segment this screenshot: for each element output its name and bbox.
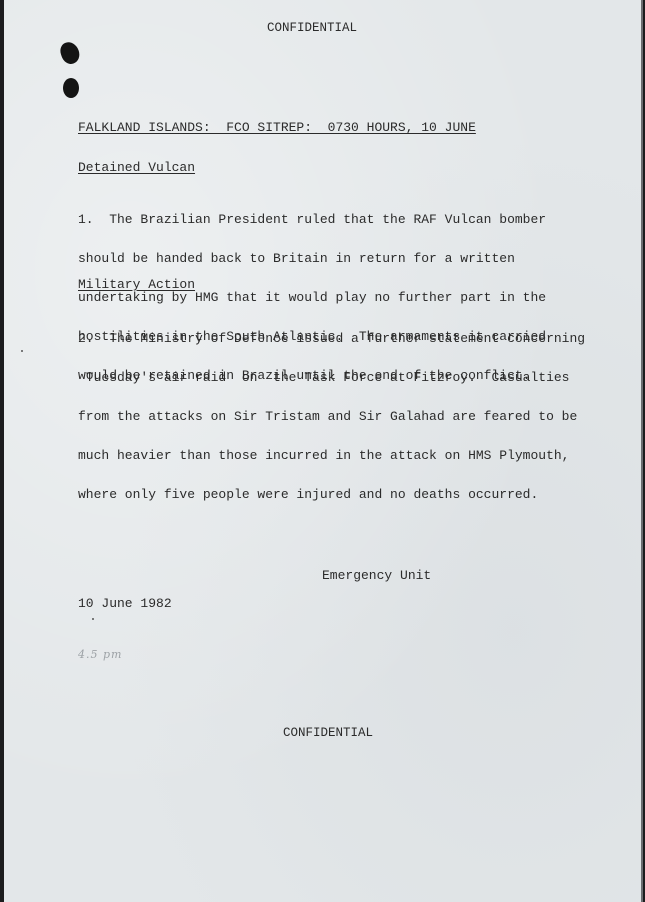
punch-hole-icon [58, 40, 82, 66]
handwritten-note: 4.5 pm [78, 648, 122, 661]
paragraph-line: from the attacks on Sir Tristam and Sir … [78, 410, 585, 423]
section-heading-detained-vulcan: Detained Vulcan [78, 161, 195, 174]
document-page: CONFIDENTIAL FALKLAND ISLANDS: FCO SITRE… [4, 0, 643, 902]
signature-block: Emergency Unit [322, 569, 431, 582]
document-date: 10 June 1982 [78, 597, 172, 610]
classification-top: CONFIDENTIAL [267, 22, 357, 35]
paper-speck [21, 350, 23, 352]
paragraph-line: much heavier than those incurred in the … [78, 449, 585, 462]
paragraph-line: Tuesday's air raid on the Task Force at … [78, 371, 585, 384]
paragraph-2: 2. The Ministry of Defence issued a furt… [78, 306, 585, 527]
paragraph-line: undertaking by HMG that it would play no… [78, 291, 546, 304]
document-title: FALKLAND ISLANDS: FCO SITREP: 0730 HOURS… [78, 121, 476, 134]
paragraph-line: should be handed back to Britain in retu… [78, 252, 546, 265]
paragraph-line: 2. The Ministry of Defence issued a furt… [78, 332, 585, 345]
classification-bottom: CONFIDENTIAL [283, 727, 373, 740]
paragraph-line: 1. The Brazilian President ruled that th… [78, 213, 546, 226]
paragraph-line: where only five people were injured and … [78, 488, 585, 501]
section-heading-military-action: Military Action [78, 278, 195, 291]
punch-hole-icon [63, 78, 79, 98]
paper-speck [92, 618, 94, 620]
